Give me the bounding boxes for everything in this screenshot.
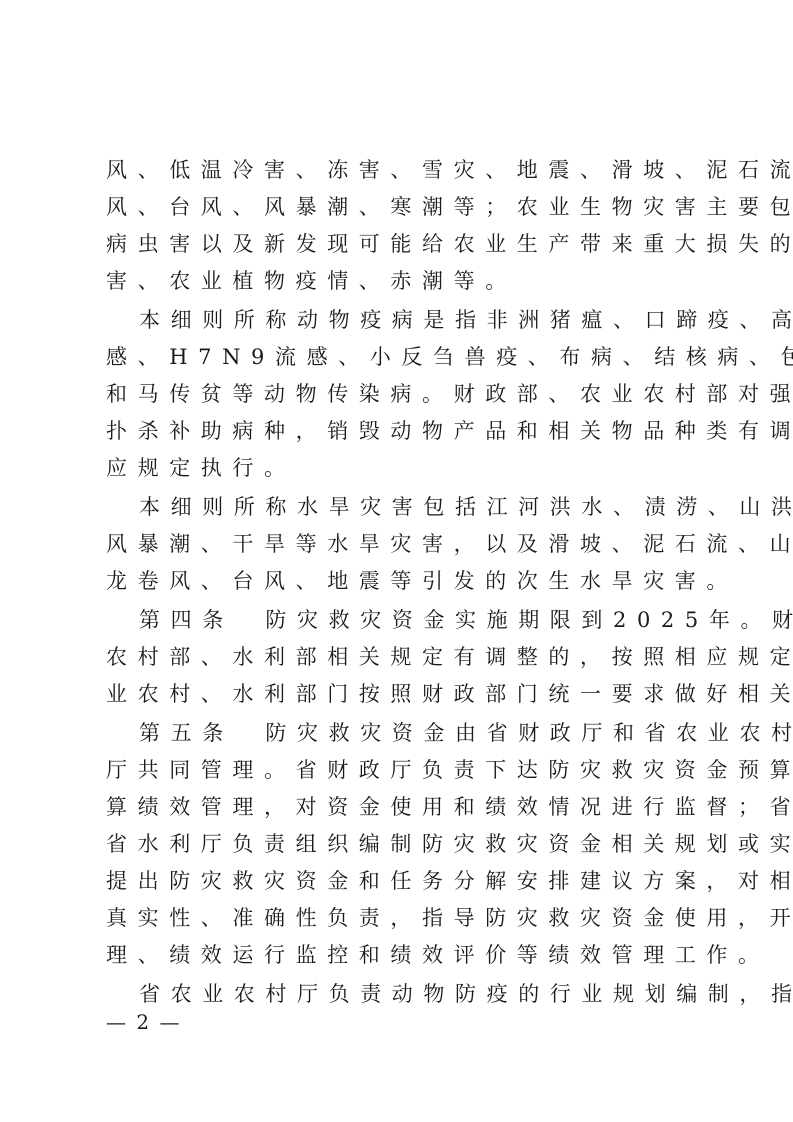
- paragraph-agri-dept-start: 省农业农村厅负责动物防疫的行业规划编制，指导、推动和: [139, 976, 729, 1013]
- text-line: 提出防灾救灾资金和任务分解安排建议方案，对相关基础数据的: [106, 863, 696, 900]
- text-line: 害、农业植物疫情、赤潮等。: [106, 263, 696, 300]
- text-line: 感、H7N9流感、小反刍兽疫、布病、结核病、包虫病、马鼻疽: [106, 339, 696, 376]
- text-line: 风、低温冷害、冻害、雪灾、地震、滑坡、泥石流、风雹、龙卷: [106, 152, 696, 189]
- text-line: 省水利厅负责组织编制防灾救灾资金相关规划或实施方案，研究: [106, 826, 696, 863]
- text-line: 龙卷风、台风、地震等引发的次生水旱灾害。: [106, 563, 696, 600]
- text-line: 风、台风、风暴潮、寒潮等；农业生物灾害主要包括一类农作物: [106, 189, 696, 226]
- text-line: 厅共同管理。省财政厅负责下达防灾救灾资金预算，组织开展预: [106, 752, 696, 789]
- text-line: 理、绩效运行监控和绩效评价等绩效管理工作。: [106, 937, 696, 974]
- text-line: 业农村、水利部门按照财政部门统一要求做好相关评估工作。: [106, 676, 696, 713]
- document-page: 风、低温冷害、冻害、雪灾、地震、滑坡、泥石流、风雹、龙卷 风、台风、风暴潮、寒潮…: [0, 0, 793, 1122]
- text-line: 应规定执行。: [106, 450, 696, 487]
- text-line: 真实性、准确性负责，指导防灾救灾资金使用，开展绩效目标管: [106, 900, 696, 937]
- paragraph-animal-disease-start: 本细则所称动物疫病是指非洲猪瘟、口蹄疫、高致病性禽流: [139, 302, 729, 339]
- text-line: 农村部、水利部相关规定有调整的，按照相应规定执行。各级农: [106, 639, 696, 676]
- page-number: — 2 —: [106, 1010, 181, 1034]
- article-5-start: 第五条 防灾救灾资金由省财政厅和省农业农村厅、省水利: [139, 715, 729, 752]
- article-4-start: 第四条 防灾救灾资金实施期限到2025年。财政部、农业: [139, 602, 729, 639]
- paragraph-flood-drought-start: 本细则所称水旱灾害包括江河洪水、渍涝、山洪地质灾害、: [139, 489, 729, 526]
- text-line: 病虫害以及新发现可能给农业生产带来重大损失的农作物病虫: [106, 226, 696, 263]
- text-line: 和马传贫等动物传染病。财政部、农业农村部对强制免疫、强制: [106, 376, 696, 413]
- text-line: 扑杀补助病种，销毁动物产品和相关物品种类有调整的，按照相: [106, 413, 696, 450]
- text-line: 算绩效管理，对资金使用和绩效情况进行监督；省农业农村厅、: [106, 789, 696, 826]
- text-line: 风暴潮、干旱等水旱灾害，以及滑坡、泥石流、山体崩塌、风雹、: [106, 526, 696, 563]
